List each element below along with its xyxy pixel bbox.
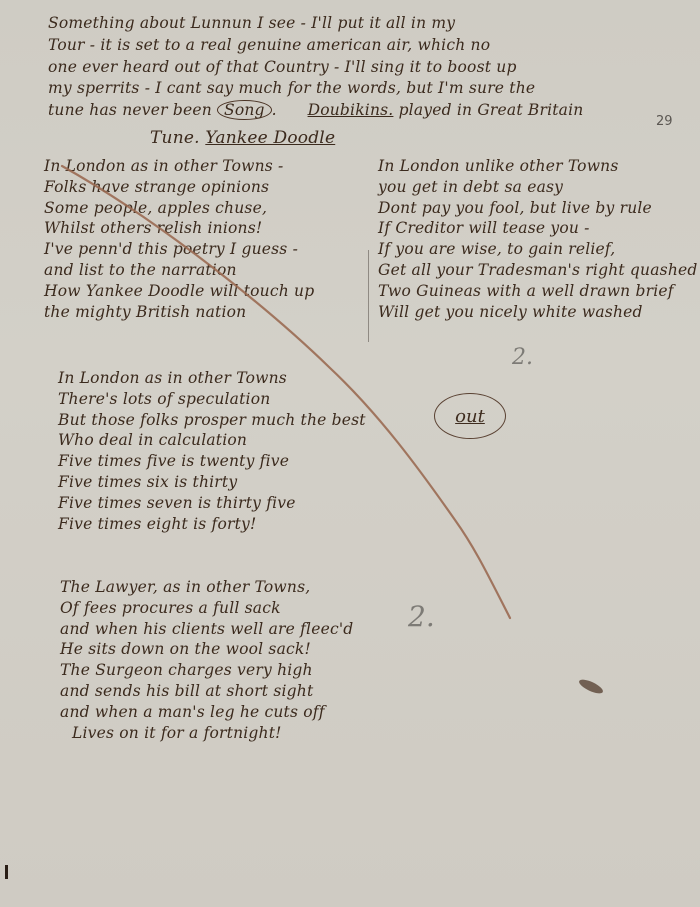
margin-tick	[5, 865, 8, 879]
manuscript-page: Something about Lunnun I see - I'll put …	[0, 0, 700, 907]
cancellation-stroke-icon	[0, 0, 700, 907]
